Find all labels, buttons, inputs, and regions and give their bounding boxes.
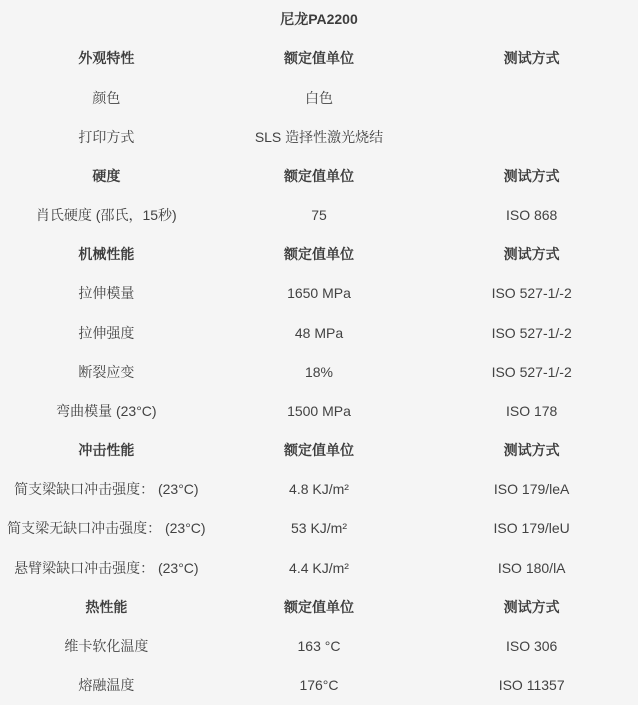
cell-property: 悬臂梁缺口冲击强度： (23°C) <box>0 560 213 577</box>
table-row-shore-hardness: 肖氏硬度 (邵氏，15秒) 75 ISO 868 <box>0 196 638 235</box>
section-title: 热性能 <box>0 599 213 616</box>
cell-test-method: ISO 306 <box>425 638 638 655</box>
section-title: 冲击性能 <box>0 442 213 459</box>
cell-property: 断裂应变 <box>0 364 213 381</box>
section-title: 机械性能 <box>0 246 213 263</box>
cell-property: 维卡软化温度 <box>0 638 213 655</box>
column-header-value-unit: 额定值单位 <box>213 168 426 185</box>
cell-value: SLS 造择性激光烧结 <box>213 129 426 146</box>
table-row-tensile-modulus: 拉伸模量 1650 MPa ISO 527-1/-2 <box>0 274 638 313</box>
table-row-print-method: 打印方式 SLS 造择性激光烧结 <box>0 118 638 157</box>
table-row-izod-notched: 悬臂梁缺口冲击强度： (23°C) 4.4 KJ/m² ISO 180/lA <box>0 548 638 587</box>
material-spec-sheet: 尼龙PA2200 外观特性 额定值单位 测试方式 颜色 白色 打印方式 SLS … <box>0 0 638 705</box>
column-header-value-unit: 额定值单位 <box>213 246 426 263</box>
column-header-test-method: 测试方式 <box>425 599 638 616</box>
section-header-row-appearance: 外观特性 额定值单位 测试方式 <box>0 39 638 78</box>
cell-property: 肖氏硬度 (邵氏，15秒) <box>0 207 213 224</box>
table-row-flexural-modulus: 弯曲模量 (23°C) 1500 MPa ISO 178 <box>0 392 638 431</box>
column-header-test-method: 测试方式 <box>425 246 638 263</box>
column-header-value-unit: 额定值单位 <box>213 442 426 459</box>
cell-test-method: ISO 179/leU <box>425 520 638 537</box>
column-header-value-unit: 额定值单位 <box>213 599 426 616</box>
table-row-charpy-unnotched: 简支梁无缺口冲击强度： (23°C) 53 KJ/m² ISO 179/leU <box>0 509 638 548</box>
cell-test-method: ISO 527-1/-2 <box>425 285 638 302</box>
table-row-vicat-softening: 维卡软化温度 163 °C ISO 306 <box>0 627 638 666</box>
cell-value: 白色 <box>213 90 426 107</box>
cell-test-method: ISO 179/leA <box>425 481 638 498</box>
section-header-row-mechanical: 机械性能 额定值单位 测试方式 <box>0 235 638 274</box>
cell-property: 弯曲模量 (23°C) <box>0 403 213 420</box>
cell-value: 53 KJ/m² <box>213 520 426 537</box>
cell-test-method: ISO 868 <box>425 207 638 224</box>
section-header-row-thermal: 热性能 额定值单位 测试方式 <box>0 588 638 627</box>
section-header-row-hardness: 硬度 额定值单位 测试方式 <box>0 157 638 196</box>
column-header-test-method: 测试方式 <box>425 168 638 185</box>
cell-value: 1500 MPa <box>213 403 426 420</box>
column-header-test-method: 测试方式 <box>425 442 638 459</box>
section-header-row-impact: 冲击性能 额定值单位 测试方式 <box>0 431 638 470</box>
page-title: 尼龙PA2200 <box>213 11 426 28</box>
cell-test-method: ISO 180/lA <box>425 560 638 577</box>
cell-value: 48 MPa <box>213 325 426 342</box>
column-header-test-method: 测试方式 <box>425 50 638 67</box>
cell-value: 1650 MPa <box>213 285 426 302</box>
cell-value: 4.8 KJ/m² <box>213 481 426 498</box>
cell-value: 4.4 KJ/m² <box>213 560 426 577</box>
cell-test-method: ISO 527-1/-2 <box>425 364 638 381</box>
cell-property: 打印方式 <box>0 129 213 146</box>
section-title: 硬度 <box>0 168 213 185</box>
table-row-charpy-notched: 简支梁缺口冲击强度： (23°C) 4.8 KJ/m² ISO 179/leA <box>0 470 638 509</box>
cell-value: 18% <box>213 364 426 381</box>
cell-property: 拉伸强度 <box>0 325 213 342</box>
cell-value: 75 <box>213 207 426 224</box>
table-row-melting-temperature: 熔融温度 176°C ISO 11357 <box>0 666 638 705</box>
cell-property: 简支梁缺口冲击强度： (23°C) <box>0 481 213 498</box>
table-row-elongation-at-break: 断裂应变 18% ISO 527-1/-2 <box>0 353 638 392</box>
cell-property: 简支梁无缺口冲击强度： (23°C) <box>0 520 213 537</box>
cell-test-method: ISO 527-1/-2 <box>425 325 638 342</box>
title-row: 尼龙PA2200 <box>0 0 638 39</box>
cell-test-method: ISO 178 <box>425 403 638 420</box>
section-title: 外观特性 <box>0 50 213 67</box>
cell-property: 熔融温度 <box>0 677 213 694</box>
cell-value: 176°C <box>213 677 426 694</box>
cell-property: 颜色 <box>0 90 213 107</box>
table-row-tensile-strength: 拉伸强度 48 MPa ISO 527-1/-2 <box>0 313 638 352</box>
cell-property: 拉伸模量 <box>0 285 213 302</box>
column-header-value-unit: 额定值单位 <box>213 50 426 67</box>
cell-value: 163 °C <box>213 638 426 655</box>
table-row-color: 颜色 白色 <box>0 78 638 117</box>
cell-test-method: ISO 11357 <box>425 677 638 694</box>
